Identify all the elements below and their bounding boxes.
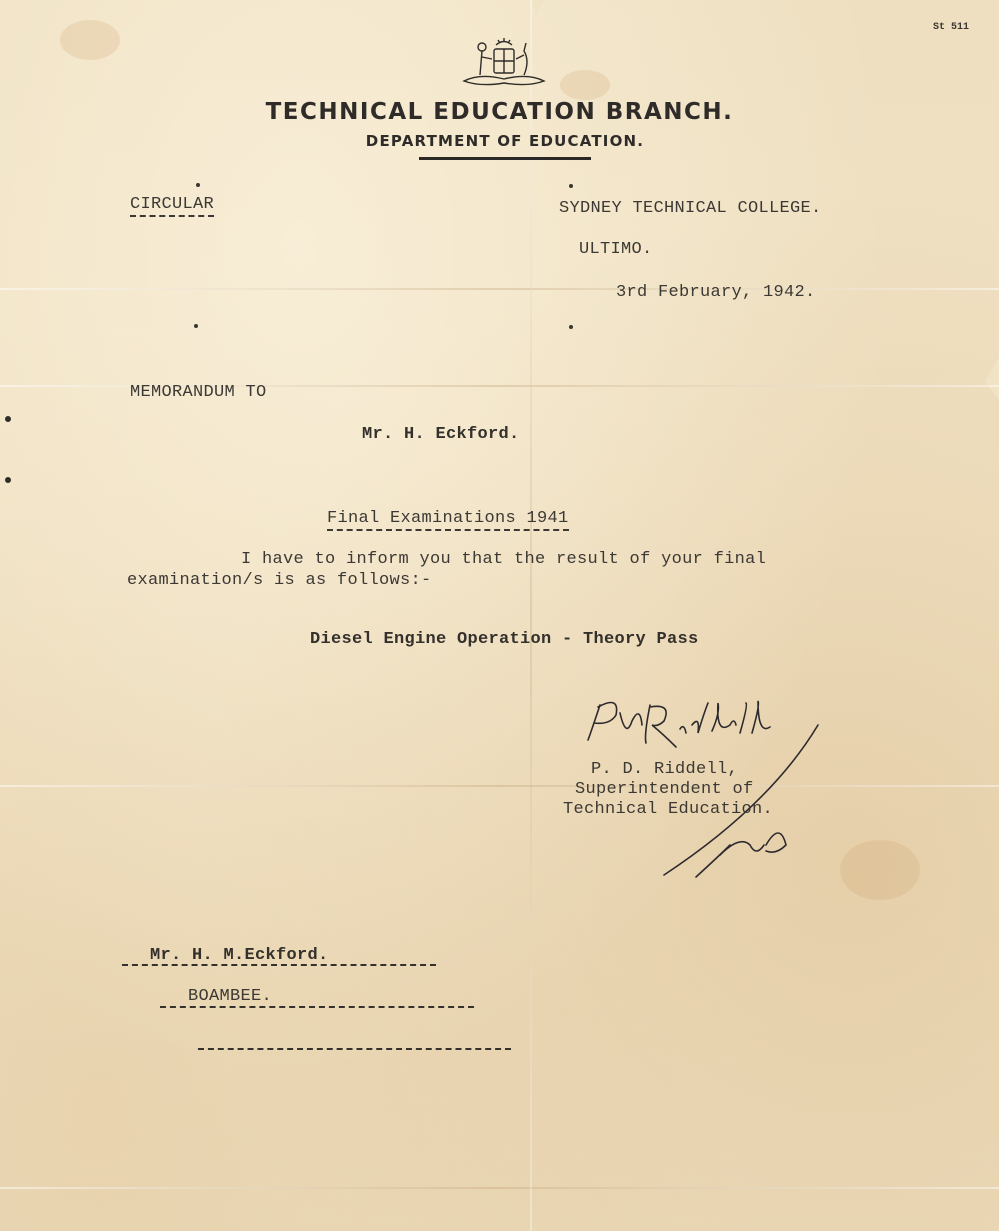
- paper-stain: [60, 20, 120, 60]
- typed-dot: [194, 324, 198, 328]
- body-line-1: I have to inform you that the result of …: [241, 550, 766, 569]
- coat-of-arms-icon: [460, 37, 548, 89]
- letterhead-subtitle: DEPARTMENT OF EDUCATION.: [0, 132, 999, 150]
- subject-heading: Final Examinations 1941: [327, 509, 569, 531]
- fold-crease: [0, 288, 999, 290]
- memo-to-label: MEMORANDUM TO: [130, 383, 267, 402]
- punch-hole: [5, 477, 11, 483]
- fold-crease: [530, 0, 532, 1231]
- circular-label: CIRCULAR: [130, 195, 214, 217]
- fold-crease: [0, 1187, 999, 1189]
- recipient-name: Mr. H. Eckford.: [362, 425, 520, 444]
- letterhead-rule: [419, 157, 591, 160]
- address-town: BOAMBEE.: [188, 987, 272, 1006]
- signatory-name: P. D. Riddell,: [591, 760, 738, 779]
- form-number: St 511: [933, 22, 969, 33]
- address-line: [198, 1048, 511, 1050]
- address-line: [160, 1006, 474, 1008]
- signatory-title-1: Superintendent of: [575, 780, 754, 799]
- signatory-title-2: Technical Education.: [563, 800, 773, 819]
- address-name: Mr. H. M.Eckford.: [150, 946, 329, 965]
- address-line: [122, 964, 436, 966]
- typed-dot: [569, 184, 573, 188]
- letter-date: 3rd February, 1942.: [616, 283, 816, 302]
- sender-institution: SYDNEY TECHNICAL COLLEGE.: [559, 199, 822, 218]
- paper-sheet: [0, 0, 999, 1231]
- typed-dot: [569, 325, 573, 329]
- punch-hole: [5, 416, 11, 422]
- typed-dot: [196, 183, 200, 187]
- paper-stain: [560, 70, 610, 100]
- paper-stain: [840, 840, 920, 900]
- sender-suburb: ULTIMO.: [579, 240, 653, 259]
- exam-result: Diesel Engine Operation - Theory Pass: [310, 630, 699, 649]
- fold-crease: [0, 785, 999, 787]
- letterhead-title: TECHNICAL EDUCATION BRANCH.: [0, 99, 999, 125]
- body-line-2: examination/s is as follows:-: [127, 571, 432, 590]
